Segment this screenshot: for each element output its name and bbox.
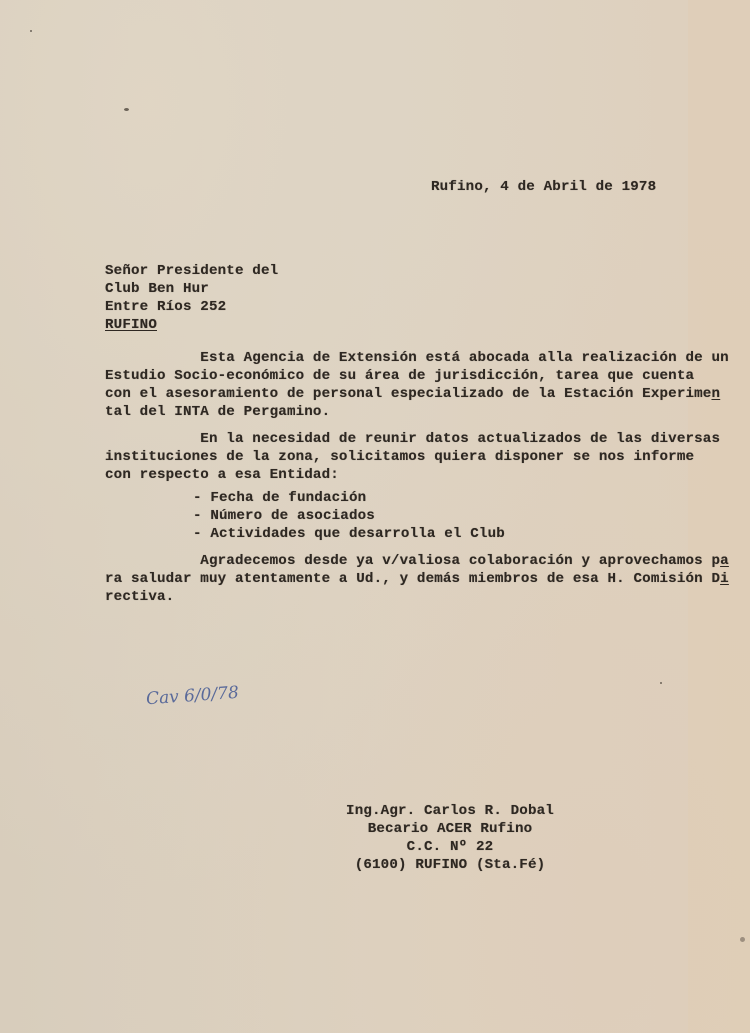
recipient-city: RUFINO [105,317,157,335]
paragraph-3-line-2-text: ra saludar muy atentamente a Ud., y demá… [105,571,720,587]
signature-line-2: Becario ACER Rufino [320,821,580,839]
paragraph-1-line-2: Estudio Socio-económico de su área de ju… [105,368,694,386]
signature-line-1: Ing.Agr. Carlos R. Dobal [320,803,580,821]
paragraph-3-line-2: ra saludar muy atentamente a Ud., y demá… [105,571,729,589]
hyphen-underlined-letter: n [711,386,720,402]
paper-discoloration [688,0,750,1033]
list-item: - Fecha de fundación [193,490,366,508]
signature-line-3: C.C. Nº 22 [320,839,580,857]
paragraph-1-line-1: Esta Agencia de Extensión está abocada a… [105,350,729,368]
paper-speck [740,937,745,942]
recipient-line-2: Club Ben Hur [105,281,209,299]
list-item: - Número de asociados [193,508,375,526]
paragraph-3-line-1-text: Agradecemos desde ya v/valiosa colaborac… [105,553,720,569]
hyphen-underlined-letter: a [720,553,729,569]
paragraph-1-line-3: con el asesoramiento de personal especia… [105,386,720,404]
signature-line-4: (6100) RUFINO (Sta.Fé) [320,857,580,875]
paragraph-1-line-3-text: con el asesoramiento de personal especia… [105,386,711,402]
paragraph-3-line-3: rectiva. [105,589,174,607]
paragraph-2-line-3: con respecto a esa Entidad: [105,467,339,485]
paragraph-2-line-2: instituciones de la zona, solicitamos qu… [105,449,694,467]
hyphen-underlined-letter: i [720,571,729,587]
list-item: - Actividades que desarrolla el Club [193,526,505,544]
paper-speck [30,30,32,32]
paper-speck [124,108,129,111]
recipient-line-1: Señor Presidente del [105,263,278,281]
paper-speck [660,682,662,684]
paragraph-3-line-1: Agradecemos desde ya v/valiosa colaborac… [105,553,729,571]
paragraph-1-line-4: tal del INTA de Pergamino. [105,404,330,422]
letter-paper [0,0,750,1033]
paragraph-2-line-1: En la necesidad de reunir datos actualiz… [105,431,720,449]
recipient-line-3: Entre Ríos 252 [105,299,226,317]
date-line: Rufino, 4 de Abril de 1978 [431,179,656,197]
